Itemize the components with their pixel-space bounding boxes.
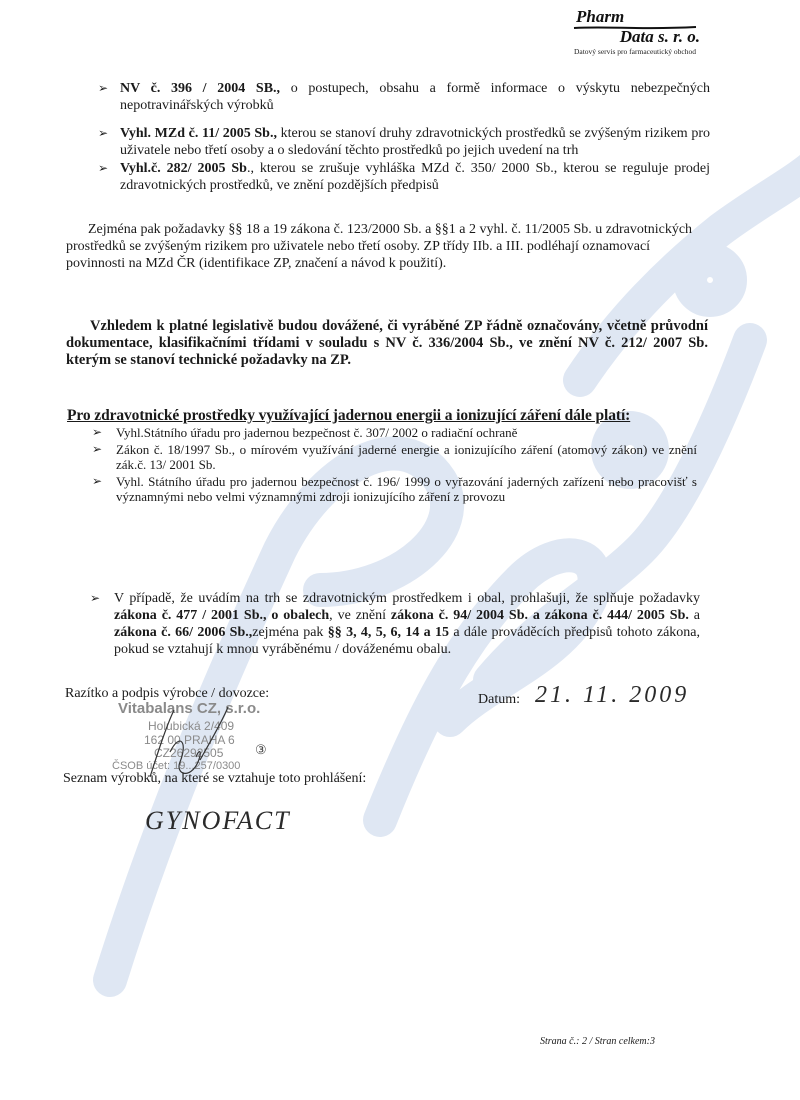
- nuclear-item: ➢ Vyhl. Státního úřadu pro jadernou bezp…: [92, 474, 697, 504]
- pharmdata-logo: Pharm Data s. r. o. Datový servis pro fa…: [570, 8, 700, 56]
- nuclear-item-text: Zákon č. 18/1997 Sb., o mírovém využíván…: [92, 442, 697, 472]
- arrow-bullet-icon: ➢: [92, 442, 102, 457]
- nuclear-item-text: Vyhl.Státního úřadu pro jadernou bezpečn…: [92, 425, 697, 440]
- page-number: Strana č.: 2 / Stran celkem:3: [540, 1036, 655, 1047]
- nuclear-item: ➢ Vyhl.Státního úřadu pro jadernou bezpe…: [92, 425, 697, 440]
- date-value-handwritten: 21. 11. 2009: [535, 682, 689, 709]
- arrow-bullet-icon: ➢: [98, 80, 108, 97]
- regulation-text: Vyhl.č. 282/ 2005 Sb., kterou se zrušuje…: [98, 160, 710, 194]
- product-name-handwritten: GYNOFACT: [145, 806, 291, 836]
- arrow-bullet-icon: ➢: [98, 125, 108, 142]
- logo-line1: Pharm: [570, 8, 700, 25]
- regulation-text: Vyhl. MZd č. 11/ 2005 Sb., kterou se sta…: [98, 125, 710, 159]
- regulation-text: NV č. 396 / 2004 SB., o postupech, obsah…: [98, 80, 710, 114]
- date-label: Datum:: [478, 692, 520, 708]
- signature-scribble-icon: [130, 702, 240, 782]
- arrow-bullet-icon: ➢: [90, 590, 100, 607]
- arrow-bullet-icon: ➢: [92, 474, 102, 489]
- logo-tagline: Datový servis pro farmaceutický obchod: [570, 47, 700, 56]
- arrow-bullet-icon: ➢: [92, 425, 102, 440]
- regulation-item: ➢ Vyhl. MZd č. 11/ 2005 Sb., kterou se s…: [98, 125, 710, 159]
- product-list-label: Seznam výrobků, na které se vztahuje tot…: [63, 771, 366, 787]
- logo-line2: Data s. r. o.: [570, 28, 700, 45]
- legislation-paragraph: Vzhledem k platné legislativě budou dová…: [66, 318, 708, 369]
- regulation-item: ➢ Vyhl.č. 282/ 2005 Sb., kterou se zrušu…: [98, 160, 710, 194]
- packaging-text: V případě, že uvádím na trh se zdravotni…: [90, 590, 700, 658]
- document-page: Pharm Data s. r. o. Datový servis pro fa…: [0, 0, 800, 1100]
- nuclear-section-heading: Pro zdravotnické prostředky využívající …: [67, 407, 630, 425]
- nuclear-item: ➢ Zákon č. 18/1997 Sb., o mírovém využív…: [92, 442, 697, 472]
- arrow-bullet-icon: ➢: [98, 160, 108, 177]
- regulation-item: ➢ NV č. 396 / 2004 SB., o postupech, obs…: [98, 80, 710, 114]
- requirements-paragraph: Zejména pak požadavky §§ 18 a 19 zákona …: [66, 221, 708, 272]
- nuclear-item-text: Vyhl. Státního úřadu pro jadernou bezpeč…: [92, 474, 697, 504]
- packaging-declaration: ➢ V případě, že uvádím na trh se zdravot…: [90, 590, 700, 658]
- stamp-mark: ③: [255, 742, 267, 758]
